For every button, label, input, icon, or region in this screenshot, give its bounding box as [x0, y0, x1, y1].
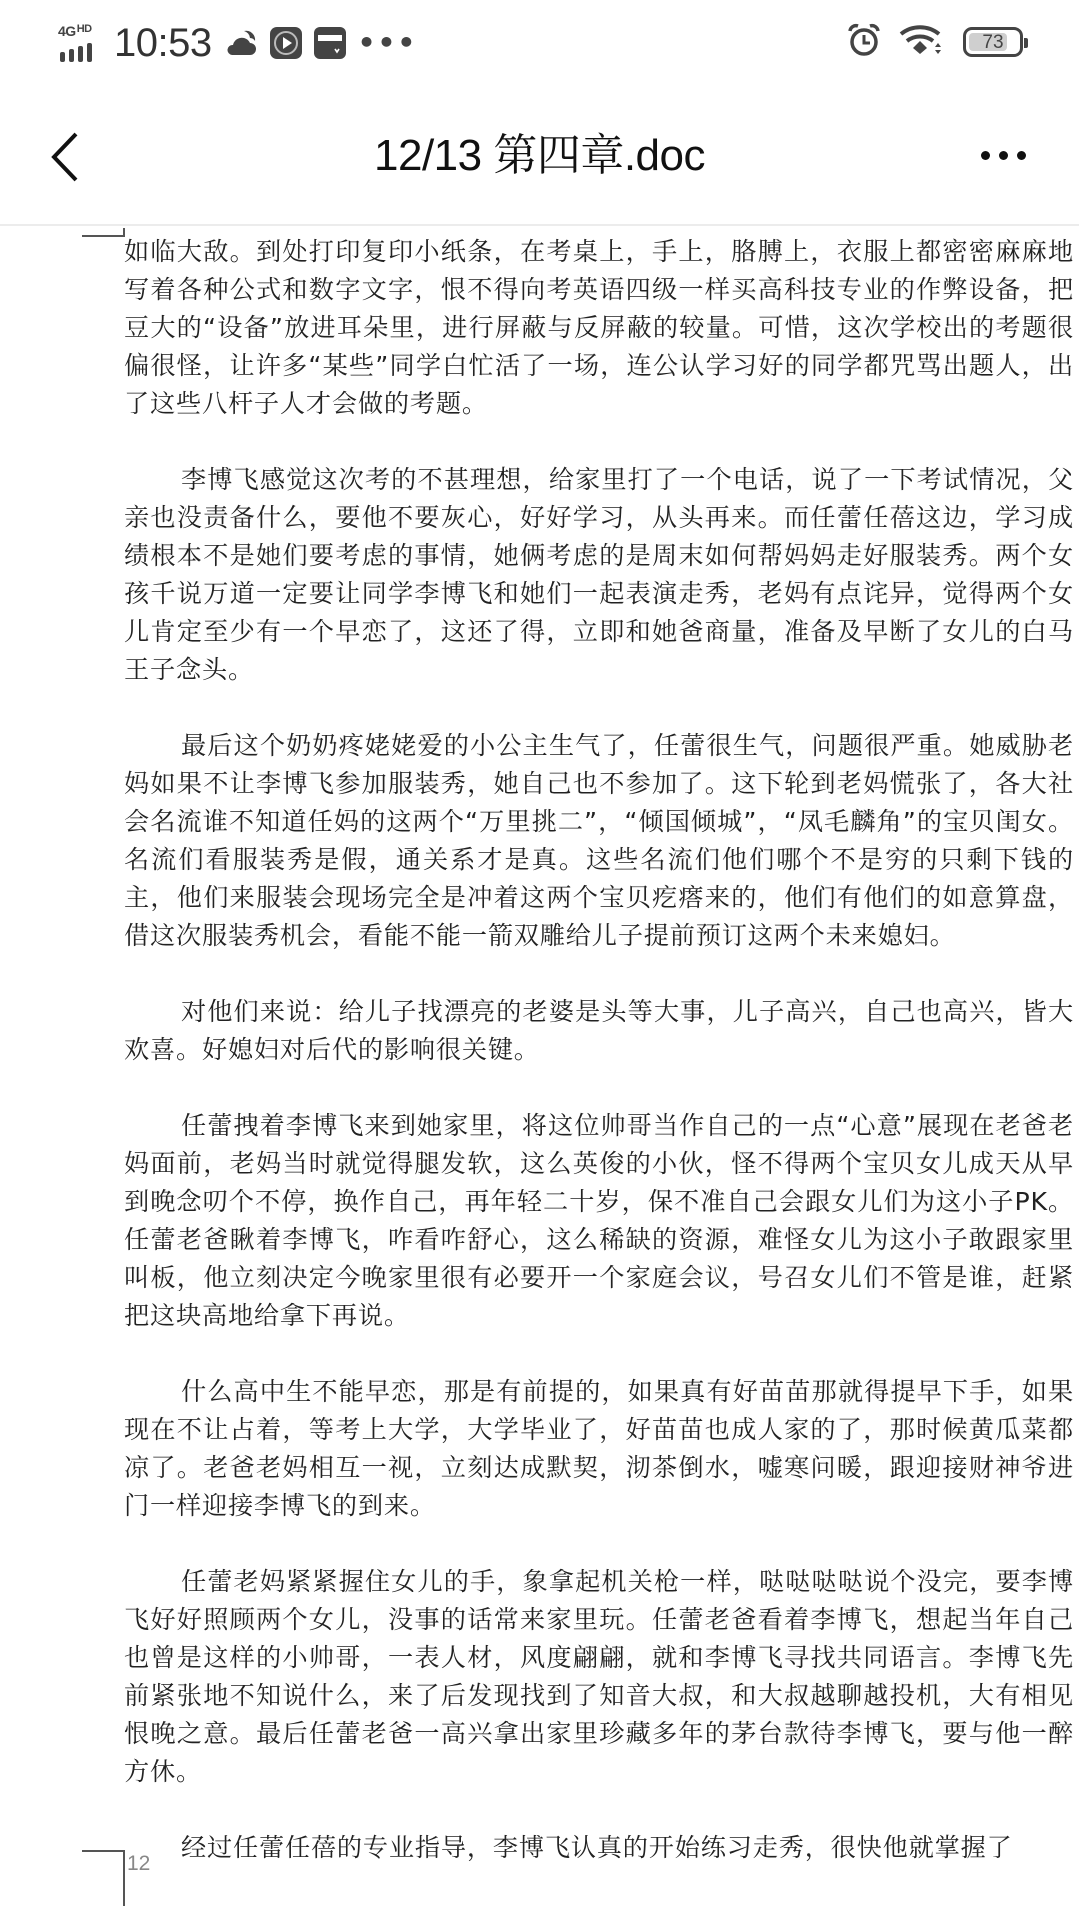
paragraph: 最后这个奶奶疼姥姥爱的小公主生气了，任蕾很生气，问题很严重。她威胁老妈如果不让李… [124, 727, 1074, 955]
paragraph: 如临大敌。到处打印复印小纸条，在考桌上，手上，胳膊上，衣服上都密密麻麻地写着各种… [124, 233, 1074, 423]
wallet-card-icon [314, 27, 346, 59]
battery-indicator: 73 [963, 27, 1023, 57]
status-bar: 4GHD 10:53 [0, 0, 1079, 80]
clock-time: 10:53 [114, 23, 212, 63]
paragraph: 对他们来说：给儿子找漂亮的老婆是头等大事，儿子高兴，自己也高兴，皆大欢喜。好媳妇… [124, 993, 1074, 1069]
network-type: 4G [58, 23, 76, 39]
page-margin-corner-top [82, 228, 125, 237]
page-margin-corner-bottom [82, 1850, 125, 1906]
paragraph: 任蕾拽着李博飞来到她家里，将这位帅哥当作自己的一点“心意”展现在老爸老妈面前，老… [124, 1107, 1074, 1335]
more-notifications-icon: ••• [358, 29, 418, 57]
status-bar-right: 73 [847, 20, 1023, 64]
wifi-icon [899, 23, 945, 61]
battery-level: 73 [968, 33, 1018, 52]
paragraph: 任蕾老妈紧紧握住女儿的手，象拿起机关枪一样，哒哒哒哒说个没完，要李博飞好好照顾两… [124, 1563, 1074, 1791]
paragraph: 经过任蕾任蓓的专业指导，李博飞认真的开始练习走秀，很快他就掌握了 [124, 1829, 1074, 1867]
paragraph: 什么高中生不能早恋，那是有前提的，如果真有好苗苗那就得提早下手，如果现在不让占着… [124, 1373, 1074, 1525]
document-title: 12/13 第四章.doc [0, 126, 1079, 186]
cellular-signal-icon: 4GHD [58, 21, 104, 65]
weather-cloud-icon [224, 28, 258, 58]
status-bar-left: 4GHD 10:53 [58, 18, 417, 68]
document-viewer[interactable]: 如临大敌。到处打印复印小纸条，在考桌上，手上，胳膊上，衣服上都密密麻麻地写着各种… [0, 228, 1079, 1906]
paragraph: 李博飞感觉这次考的不甚理想，给家里打了一个电话，说了一下考试情况，父亲也没责备什… [124, 461, 1074, 689]
video-player-icon [270, 27, 302, 59]
more-horizontal-icon [981, 151, 990, 160]
more-options-button[interactable] [967, 130, 1039, 180]
page-number: 12 [127, 1852, 150, 1876]
alarm-clock-icon [847, 23, 881, 61]
document-body: 如临大敌。到处打印复印小纸条，在考桌上，手上，胳膊上，衣服上都密密麻麻地写着各种… [124, 233, 1074, 1905]
network-hd-badge: HD [77, 23, 92, 35]
document-nav-bar: 12/13 第四章.doc [0, 80, 1079, 226]
